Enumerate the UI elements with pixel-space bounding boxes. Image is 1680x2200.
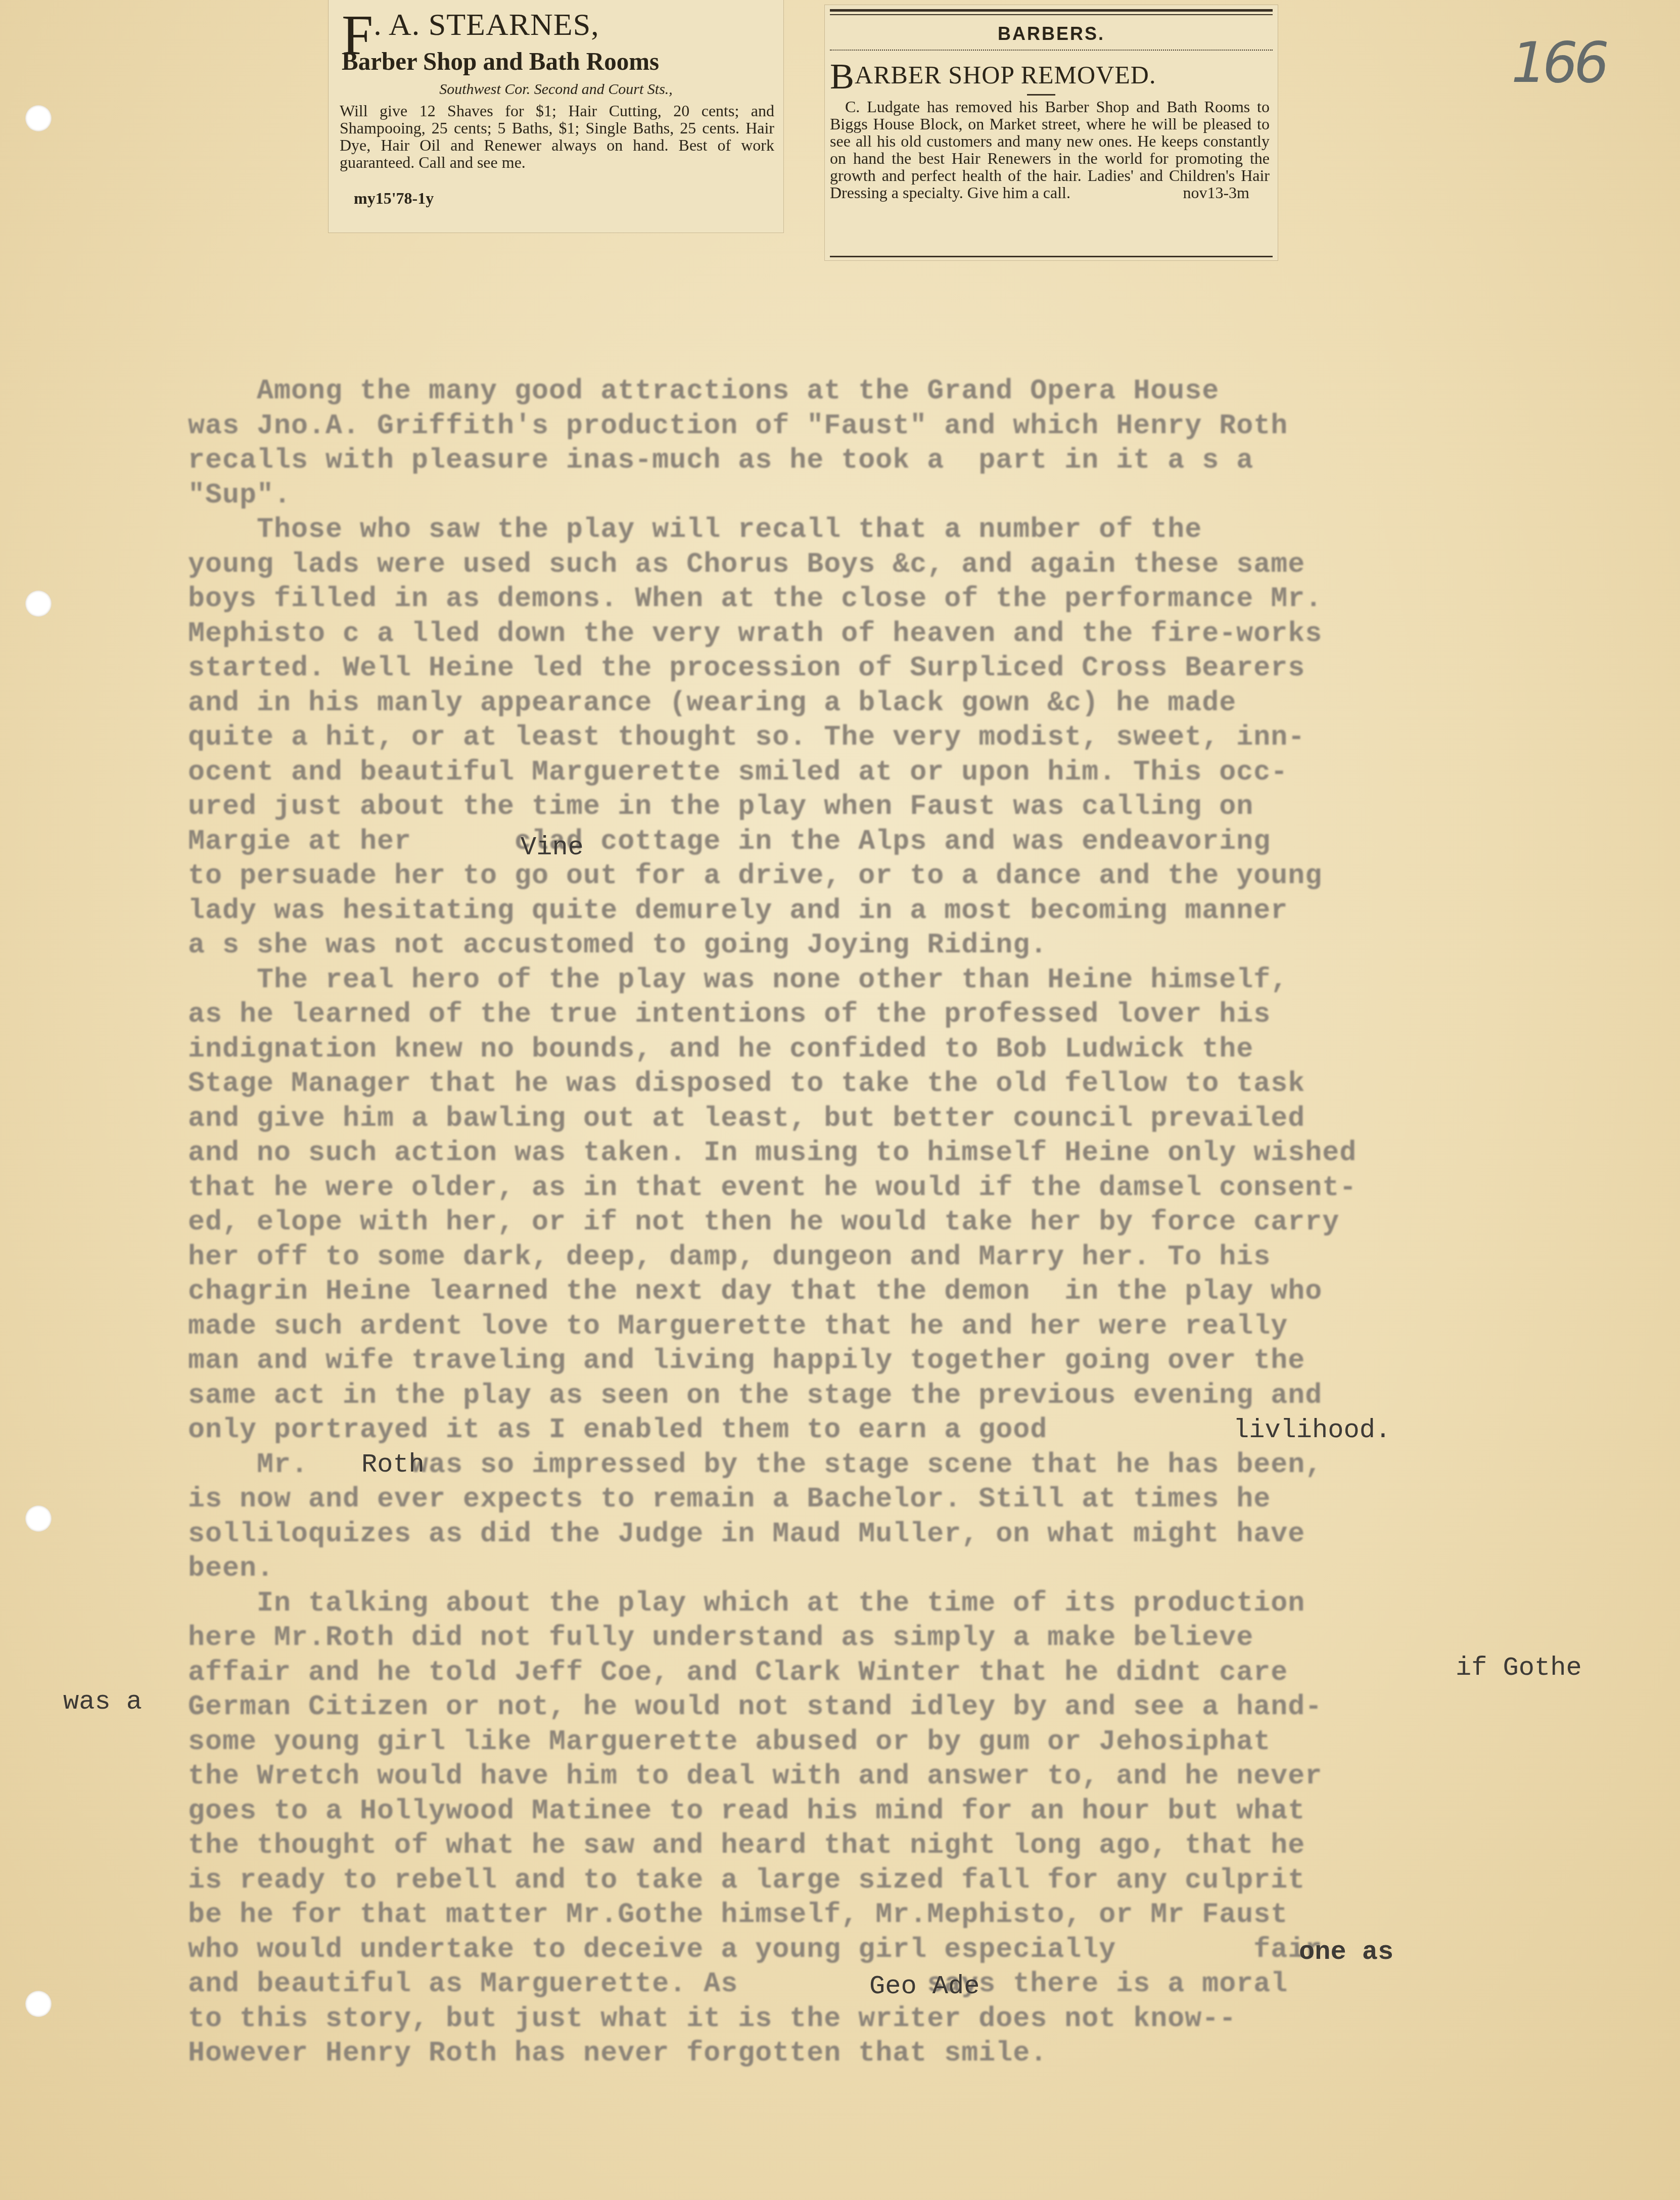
rule-divider: [830, 9, 1273, 12]
clipping-body: Will give 12 Shaves for $1; Hair Cutting…: [340, 102, 774, 171]
insert-if-gothe: if Gothe: [1456, 1653, 1582, 1683]
typed-line: was Jno.A. Griffith's production of "Fau…: [188, 409, 1603, 444]
typed-line: Mephisto c a lled down the very wrath of…: [188, 617, 1603, 652]
typed-line: In talking about the play which at the t…: [188, 1586, 1603, 1621]
punch-hole: [25, 1505, 52, 1532]
typed-line: goes to a Hollywood Matinee to read his …: [188, 1794, 1603, 1829]
typed-line: Margie at her clad cottage in the Alps a…: [188, 824, 1603, 859]
typed-line: However Henry Roth has never forgotten t…: [188, 2036, 1603, 2071]
clipping-title: BARBER SHOP REMOVED.: [830, 56, 1156, 98]
typed-line: some young girl like Marguerette abused …: [188, 1725, 1603, 1760]
typed-line: be he for that matter Mr.Gothe himself, …: [188, 1898, 1603, 1933]
title-text: ARBER SHOP REMOVED.: [855, 61, 1156, 89]
typed-line: boys filled in as demons. When at the cl…: [188, 582, 1603, 617]
typed-line: started. Well Heine led the procession o…: [188, 651, 1603, 686]
typed-line: is ready to rebell and to take a large s…: [188, 1863, 1603, 1898]
typed-line: The real hero of the play was none other…: [188, 963, 1603, 998]
insert-was-a: was a: [63, 1687, 142, 1717]
clipping-body: C. Ludgate has removed his Barber Shop a…: [830, 98, 1270, 201]
wavy-divider: [830, 50, 1273, 55]
typed-line: Among the many good attractions at the G…: [188, 374, 1603, 409]
typed-line: ed, elope with her, or if not then he wo…: [188, 1205, 1603, 1240]
punch-hole: [25, 1991, 52, 2017]
punch-hole: [25, 105, 52, 131]
clipping-title: Barber Shop and Bath Rooms: [342, 47, 659, 76]
clipping-run-code: nov13-3m: [1168, 184, 1249, 201]
insert-vine: Vine: [521, 833, 584, 862]
typed-line: Stage Manager that he was disposed to ta…: [188, 1067, 1603, 1102]
typed-line: young lads were used such as Chorus Boys…: [188, 547, 1603, 582]
typed-line: and give him a bawling out at least, but…: [188, 1102, 1603, 1136]
short-rule: [1027, 94, 1055, 96]
typed-line: as he learned of the true intentions of …: [188, 997, 1603, 1032]
typed-line: indignation knew no bounds, and he confi…: [188, 1032, 1603, 1067]
typed-line: is now and ever expects to remain a Bach…: [188, 1482, 1603, 1517]
typed-line: that he were older, as in that event he …: [188, 1171, 1603, 1206]
typed-line: lady was hesitating quite demurely and i…: [188, 894, 1603, 929]
typed-line: and in his manly appearance (wearing a b…: [188, 686, 1603, 721]
typed-line: been.: [188, 1551, 1603, 1586]
typed-line: to this story, but just what it is the w…: [188, 2002, 1603, 2037]
newspaper-clipping-stearnes: F. A. STEARNES, Barber Shop and Bath Roo…: [329, 0, 783, 233]
clipping-section-header: BARBERS.: [825, 23, 1278, 44]
typed-line: man and wife traveling and living happil…: [188, 1344, 1603, 1379]
insert-livlihood: livlihood.: [1233, 1415, 1391, 1445]
typed-line: solliloquizes as did the Judge in Maud M…: [188, 1517, 1603, 1552]
insert-roth: Roth: [361, 1450, 425, 1480]
typed-article: Among the many good attractions at the G…: [188, 374, 1603, 2071]
typed-line: here Mr.Roth did not fully understand as…: [188, 1621, 1603, 1656]
typed-line: made such ardent love to Marguerette tha…: [188, 1309, 1603, 1344]
typed-line: the Wretch would have him to deal with a…: [188, 1759, 1603, 1794]
insert-geo-ade: Geo Ade: [869, 1972, 979, 2001]
newspaper-clipping-ludgate: BARBERS. BARBER SHOP REMOVED. C. Ludgate…: [825, 5, 1278, 260]
typed-line: a s she was not accustomed to going Joyi…: [188, 928, 1603, 963]
insert-one-as: one as: [1299, 1937, 1393, 1967]
drop-cap: B: [830, 56, 855, 97]
typed-line: same act in the play as seen on the stag…: [188, 1379, 1603, 1413]
typed-line: and no such action was taken. In musing …: [188, 1136, 1603, 1171]
typed-line: quite a hit, or at least thought so. The…: [188, 720, 1603, 755]
clipping-run-code: my15'78-1y: [354, 189, 434, 208]
typed-line: "Sup".: [188, 478, 1603, 513]
typed-line: the thought of what he saw and heard tha…: [188, 1828, 1603, 1863]
name-text: . A. STEARNES,: [374, 8, 599, 42]
clipping-address: Southwest Cor. Second and Court Sts.,: [329, 81, 783, 98]
typed-line: German Citizen or not, he would not stan…: [188, 1690, 1603, 1725]
typed-line: ocent and beautiful Marguerette smiled a…: [188, 755, 1603, 790]
typed-line: affair and he told Jeff Coe, and Clark W…: [188, 1656, 1603, 1690]
typed-line: Those who saw the play will recall that …: [188, 513, 1603, 547]
typed-line: recalls with pleasure inas-much as he to…: [188, 443, 1603, 478]
typed-line: chagrin Heine learned the next day that …: [188, 1274, 1603, 1309]
typed-line: to persuade her to go out for a drive, o…: [188, 859, 1603, 894]
rule-divider: [830, 256, 1273, 257]
typed-line: ured just about the time in the play whe…: [188, 790, 1603, 824]
punch-hole: [25, 590, 52, 617]
typed-line: her off to some dark, deep, damp, dungeo…: [188, 1240, 1603, 1275]
rule-divider: [830, 14, 1273, 15]
handwritten-page-number: 166: [1511, 30, 1605, 95]
